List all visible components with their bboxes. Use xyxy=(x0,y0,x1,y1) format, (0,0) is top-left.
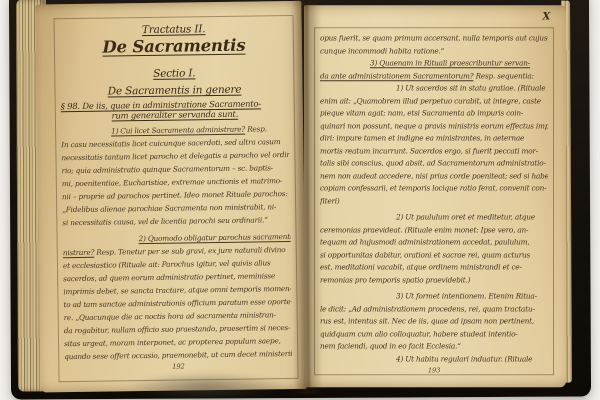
manuscript-line: 2) Ut paululum oret et meditetur, atque xyxy=(320,211,548,224)
manuscript-line: tequam ad hujusmodi administrationem acc… xyxy=(320,236,548,249)
manuscript-line: le dicit: „Ad administrationem procedens… xyxy=(320,303,548,316)
left-page: Tractatus II. De Sacramentis Sectio I. D… xyxy=(35,1,306,393)
manuscript-line: est, meditationi vacabit, atque ordinem … xyxy=(320,261,548,274)
manuscript-line: fiteri) xyxy=(320,195,548,208)
manuscript-line: mortis reatum incurrunt. Sacerdos ergo, … xyxy=(320,145,548,158)
manuscript-line: da ante administrationem Sacramentorum? … xyxy=(320,70,548,83)
manuscript-line: diri: impure tamen et indigne ea ministr… xyxy=(320,132,548,145)
manuscript-line: remonias pro temporis spatio praevidebit… xyxy=(320,274,548,287)
right-page-number: 193 xyxy=(320,366,548,374)
folio-mark: X xyxy=(542,11,550,22)
left-page-text: 1) Cui licet Sacramenta administrare? Re… xyxy=(61,122,292,363)
right-page: X opus fuerit, se quam primum accersant,… xyxy=(304,5,566,387)
manuscript-line: rus est, intentus sit. Nec de iis, quae … xyxy=(320,315,548,328)
manuscript-line: 3) Ut formet intentionem. Etenim Ritua- xyxy=(320,290,548,303)
manuscript-line: 3) Quaenam in Rituali praescribuntur ser… xyxy=(320,57,548,70)
title-heading: De Sacramentis xyxy=(60,35,288,57)
manuscript-line: copiam confessarii, et temporis locique … xyxy=(320,182,548,195)
right-page-text: opus fuerit, se quam primum accersant, n… xyxy=(320,32,548,365)
manuscript-line: 4) Ut habitu regulari induatur. (Rituale xyxy=(320,353,548,366)
manuscript-line: ceremonias praevideat. (Rituale enim mon… xyxy=(320,224,548,236)
manuscript-line: talis sibi conscius, quod absit, ad Sacr… xyxy=(320,157,548,170)
right-page-ruled-frame: opus fuerit, se quam primum accersant, n… xyxy=(314,27,554,375)
left-page-ruled-frame: Tractatus II. De Sacramentis Sectio I. D… xyxy=(54,15,299,382)
manuscript-line: quinari non possunt, neque a pravis mini… xyxy=(320,120,548,133)
book-cover: Tractatus II. De Sacramentis Sectio I. D… xyxy=(9,0,591,400)
manuscript-line: si opportunitas dabitur, orationi et sac… xyxy=(320,249,548,261)
manuscript-line: quidquam cum alio colloquatur, habere st… xyxy=(320,328,548,341)
manuscript-line: cunque incommodi habita ratione.“ xyxy=(320,45,548,58)
manuscript-line: enim ait: „Quamobrem illud perpetuo cura… xyxy=(320,95,548,108)
manuscript-line: opus fuerit, se quam primum accersant, n… xyxy=(320,32,548,45)
manuscript-line: nem non audeat accedere, nisi prius cord… xyxy=(320,170,548,183)
subtitle-heading: De Sacramentis in genere xyxy=(60,83,288,98)
manuscript-line: pieque vitam agat; nam, etsi Sacramenta … xyxy=(320,107,548,120)
manuscript-line: si necessitatis causa, vel de licentia p… xyxy=(62,213,290,229)
sectio-heading: Sectio I. xyxy=(60,66,288,81)
manuscript-line: nem faciendi, quod in eo facit Ecclesia.… xyxy=(320,340,548,353)
manuscript-line: 1) Ut sacerdos sit in statu gratiae. (Ri… xyxy=(320,82,548,95)
